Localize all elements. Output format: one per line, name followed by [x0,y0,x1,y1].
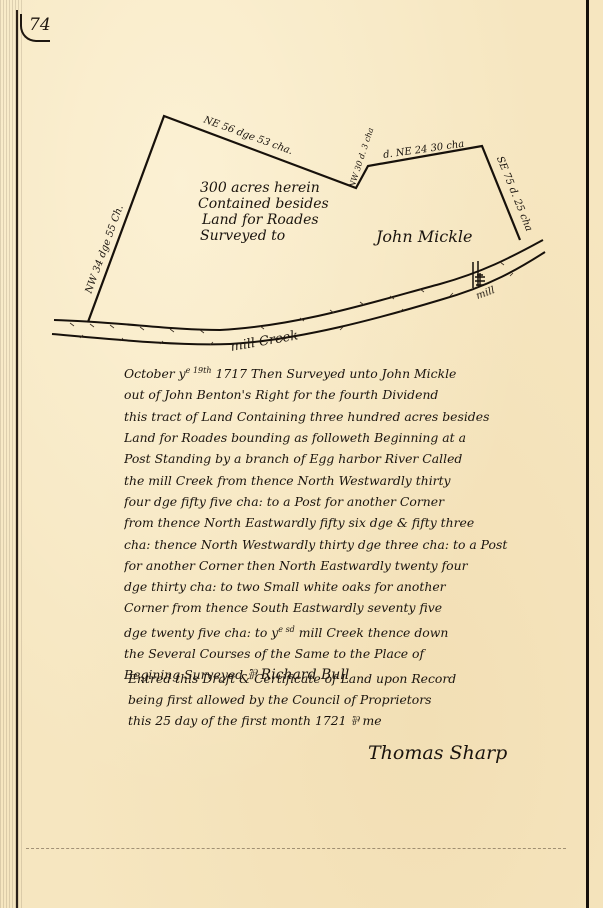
manuscript-page: 74 NW 34 dge 55 Ch. NE 56 dge 53 cha. NW… [0,0,603,908]
survey-description: October ye 19th 1717 Then Surveyed unto … [124,360,586,687]
survey-text-line: Land for Roades bounding as followeth Be… [124,427,586,448]
survey-text-line: from thence North Eastwardly fifty six d… [124,512,586,533]
plot-note-line: Land for Roades [202,212,460,228]
recorder-signature: Thomas Sharp [368,742,507,764]
survey-text-line: Post Standing by a branch of Egg harbor … [124,448,586,469]
creek-upper-bank [54,240,543,330]
survey-text-line: dge thirty cha: to two Small white oaks … [124,576,586,597]
plot-note-line: Contained besides [198,196,460,212]
survey-text-line: four dge fifty five cha: to a Post for a… [124,491,586,512]
entry-text-line: this 25 day of the first month 1721 ⅌ me [128,710,586,731]
survey-text-line: the Several Courses of the Same to the P… [124,643,586,664]
survey-text-line: cha: thence North Westwardly thirty dge … [124,534,586,555]
survey-text-line: October ye 19th 1717 Then Surveyed unto … [124,360,586,384]
plot-note-line: 300 acres herein [200,180,460,196]
survey-text-line: Corner from thence South Eastwardly seve… [124,597,586,618]
survey-text-line: out of John Benton's Right for the fourt… [124,384,586,405]
entry-text-line: being first allowed by the Council of Pr… [128,689,586,710]
survey-text-line: for another Corner then North Eastwardly… [124,555,586,576]
entry-text-line: Entred this Draft & Certificate of Land … [128,668,586,689]
survey-text-line: dge twenty five cha: to ye sd mill Creek… [124,619,586,643]
mill-icon [473,272,487,288]
survey-text-line: the mill Creek from thence North Westwar… [124,470,586,491]
creek-lower-bank [52,252,545,344]
plot-note: 300 acres herein Contained besides Land … [200,180,460,244]
record-entry: Entred this Draft & Certificate of Land … [128,668,586,731]
survey-text-line: this tract of Land Containing three hund… [124,406,586,427]
plot-note-owner-name: John Mickle [376,229,472,245]
